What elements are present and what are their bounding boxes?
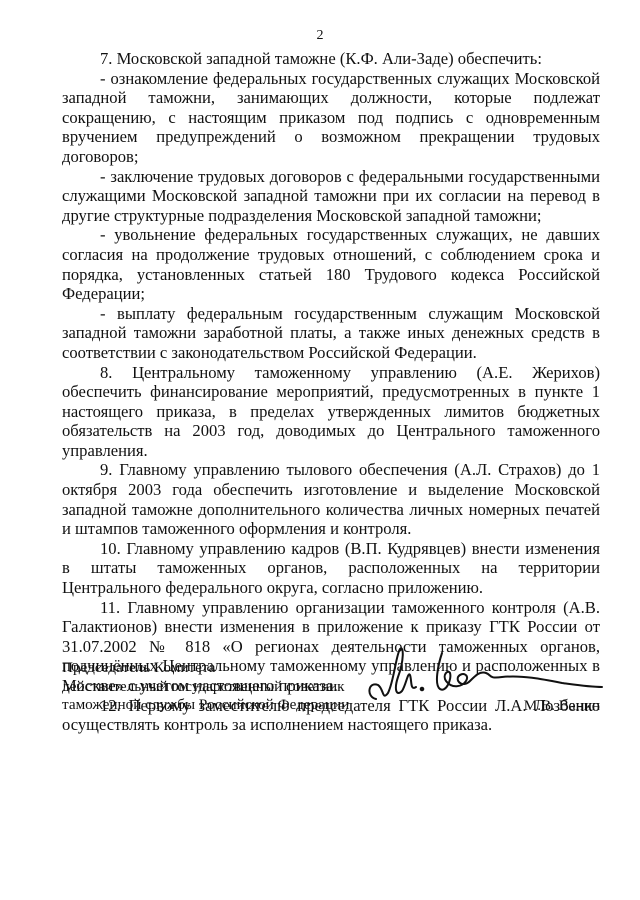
signatory-name: М.В. Ванин [524,697,600,715]
paragraph-item-7-payment: - выплату федеральным государственным сл… [62,304,600,363]
signature-block: Председатель Комитета действительный гос… [62,659,600,729]
signatory-title: Председатель Комитета действительный гос… [62,659,349,715]
signatory-title-line: действительный государственный советник [62,678,349,697]
document-body: 7. Московской западной таможне (К.Ф. Али… [62,49,600,735]
signatory-title-line: Председатель Комитета [62,659,349,678]
paragraph-item-7-dismissal: - увольнение федеральных государственных… [62,225,600,303]
paragraph-item-10: 10. Главному управлению кадров (В.П. Куд… [62,539,600,598]
paragraph-item-8: 8. Центральному таможенному управлению (… [62,363,600,461]
signatory-title-line: таможенной службы Российской Федерации [62,696,349,715]
paragraph-item-7: 7. Московской западной таможне (К.Ф. Али… [62,49,600,69]
paragraph-item-7-familiarization: - ознакомление федеральных государственн… [62,69,600,167]
paragraph-item-7-contracts: - заключение трудовых договоров с федера… [62,167,600,226]
paragraph-item-9: 9. Главному управлению тылового обеспече… [62,460,600,538]
page-number: 2 [0,28,640,44]
